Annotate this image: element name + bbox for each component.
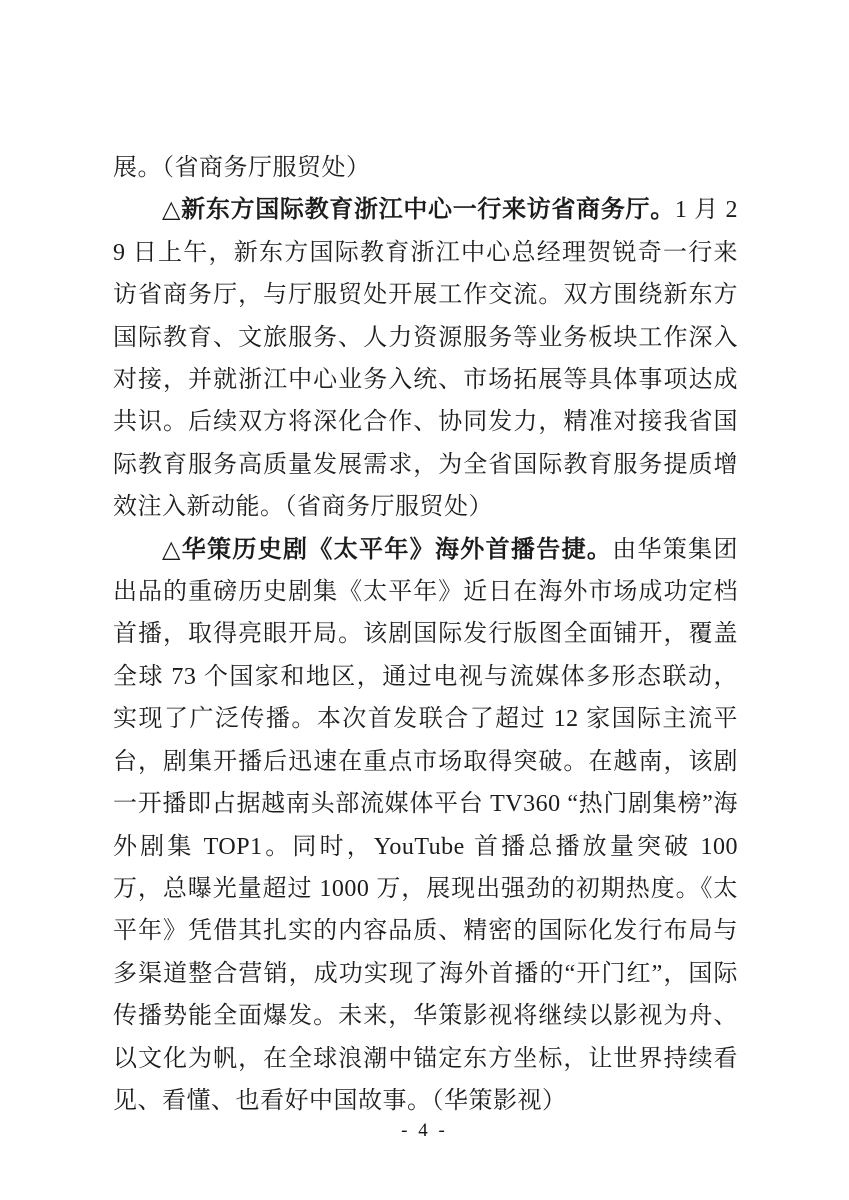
item-heading: △新东方国际教育浙江中心一行来访省商务厅。	[162, 197, 675, 223]
paragraph-continuation: 展。（省商务厅服贸处）	[113, 147, 738, 189]
paragraph-item-xindongfang: △新东方国际教育浙江中心一行来访省商务厅。1 月 29 日上午，新东方国际教育浙…	[113, 189, 738, 528]
paragraph-text: 展。（省商务厅服贸处）	[113, 155, 371, 181]
item-body: 由华策集团出品的重磅历史剧集《太平年》近日在海外市场成功定档首播，取得亮眼开局。…	[113, 537, 738, 1114]
page-footer: - 4 -	[0, 1120, 849, 1142]
item-heading: △华策历史剧《太平年》海外首播告捷。	[162, 537, 612, 563]
item-body: 1 月 29 日上午，新东方国际教育浙江中心总经理贺锐奇一行来访省商务厅，与厅服…	[113, 197, 738, 520]
document-body: 展。（省商务厅服贸处） △新东方国际教育浙江中心一行来访省商务厅。1 月 29 …	[113, 147, 738, 1122]
paragraph-item-huace: △华策历史剧《太平年》海外首播告捷。由华策集团出品的重磅历史剧集《太平年》近日在…	[113, 529, 738, 1123]
page-number: - 4 -	[401, 1120, 448, 1141]
document-page: 展。（省商务厅服贸处） △新东方国际教育浙江中心一行来访省商务厅。1 月 29 …	[0, 0, 849, 1200]
